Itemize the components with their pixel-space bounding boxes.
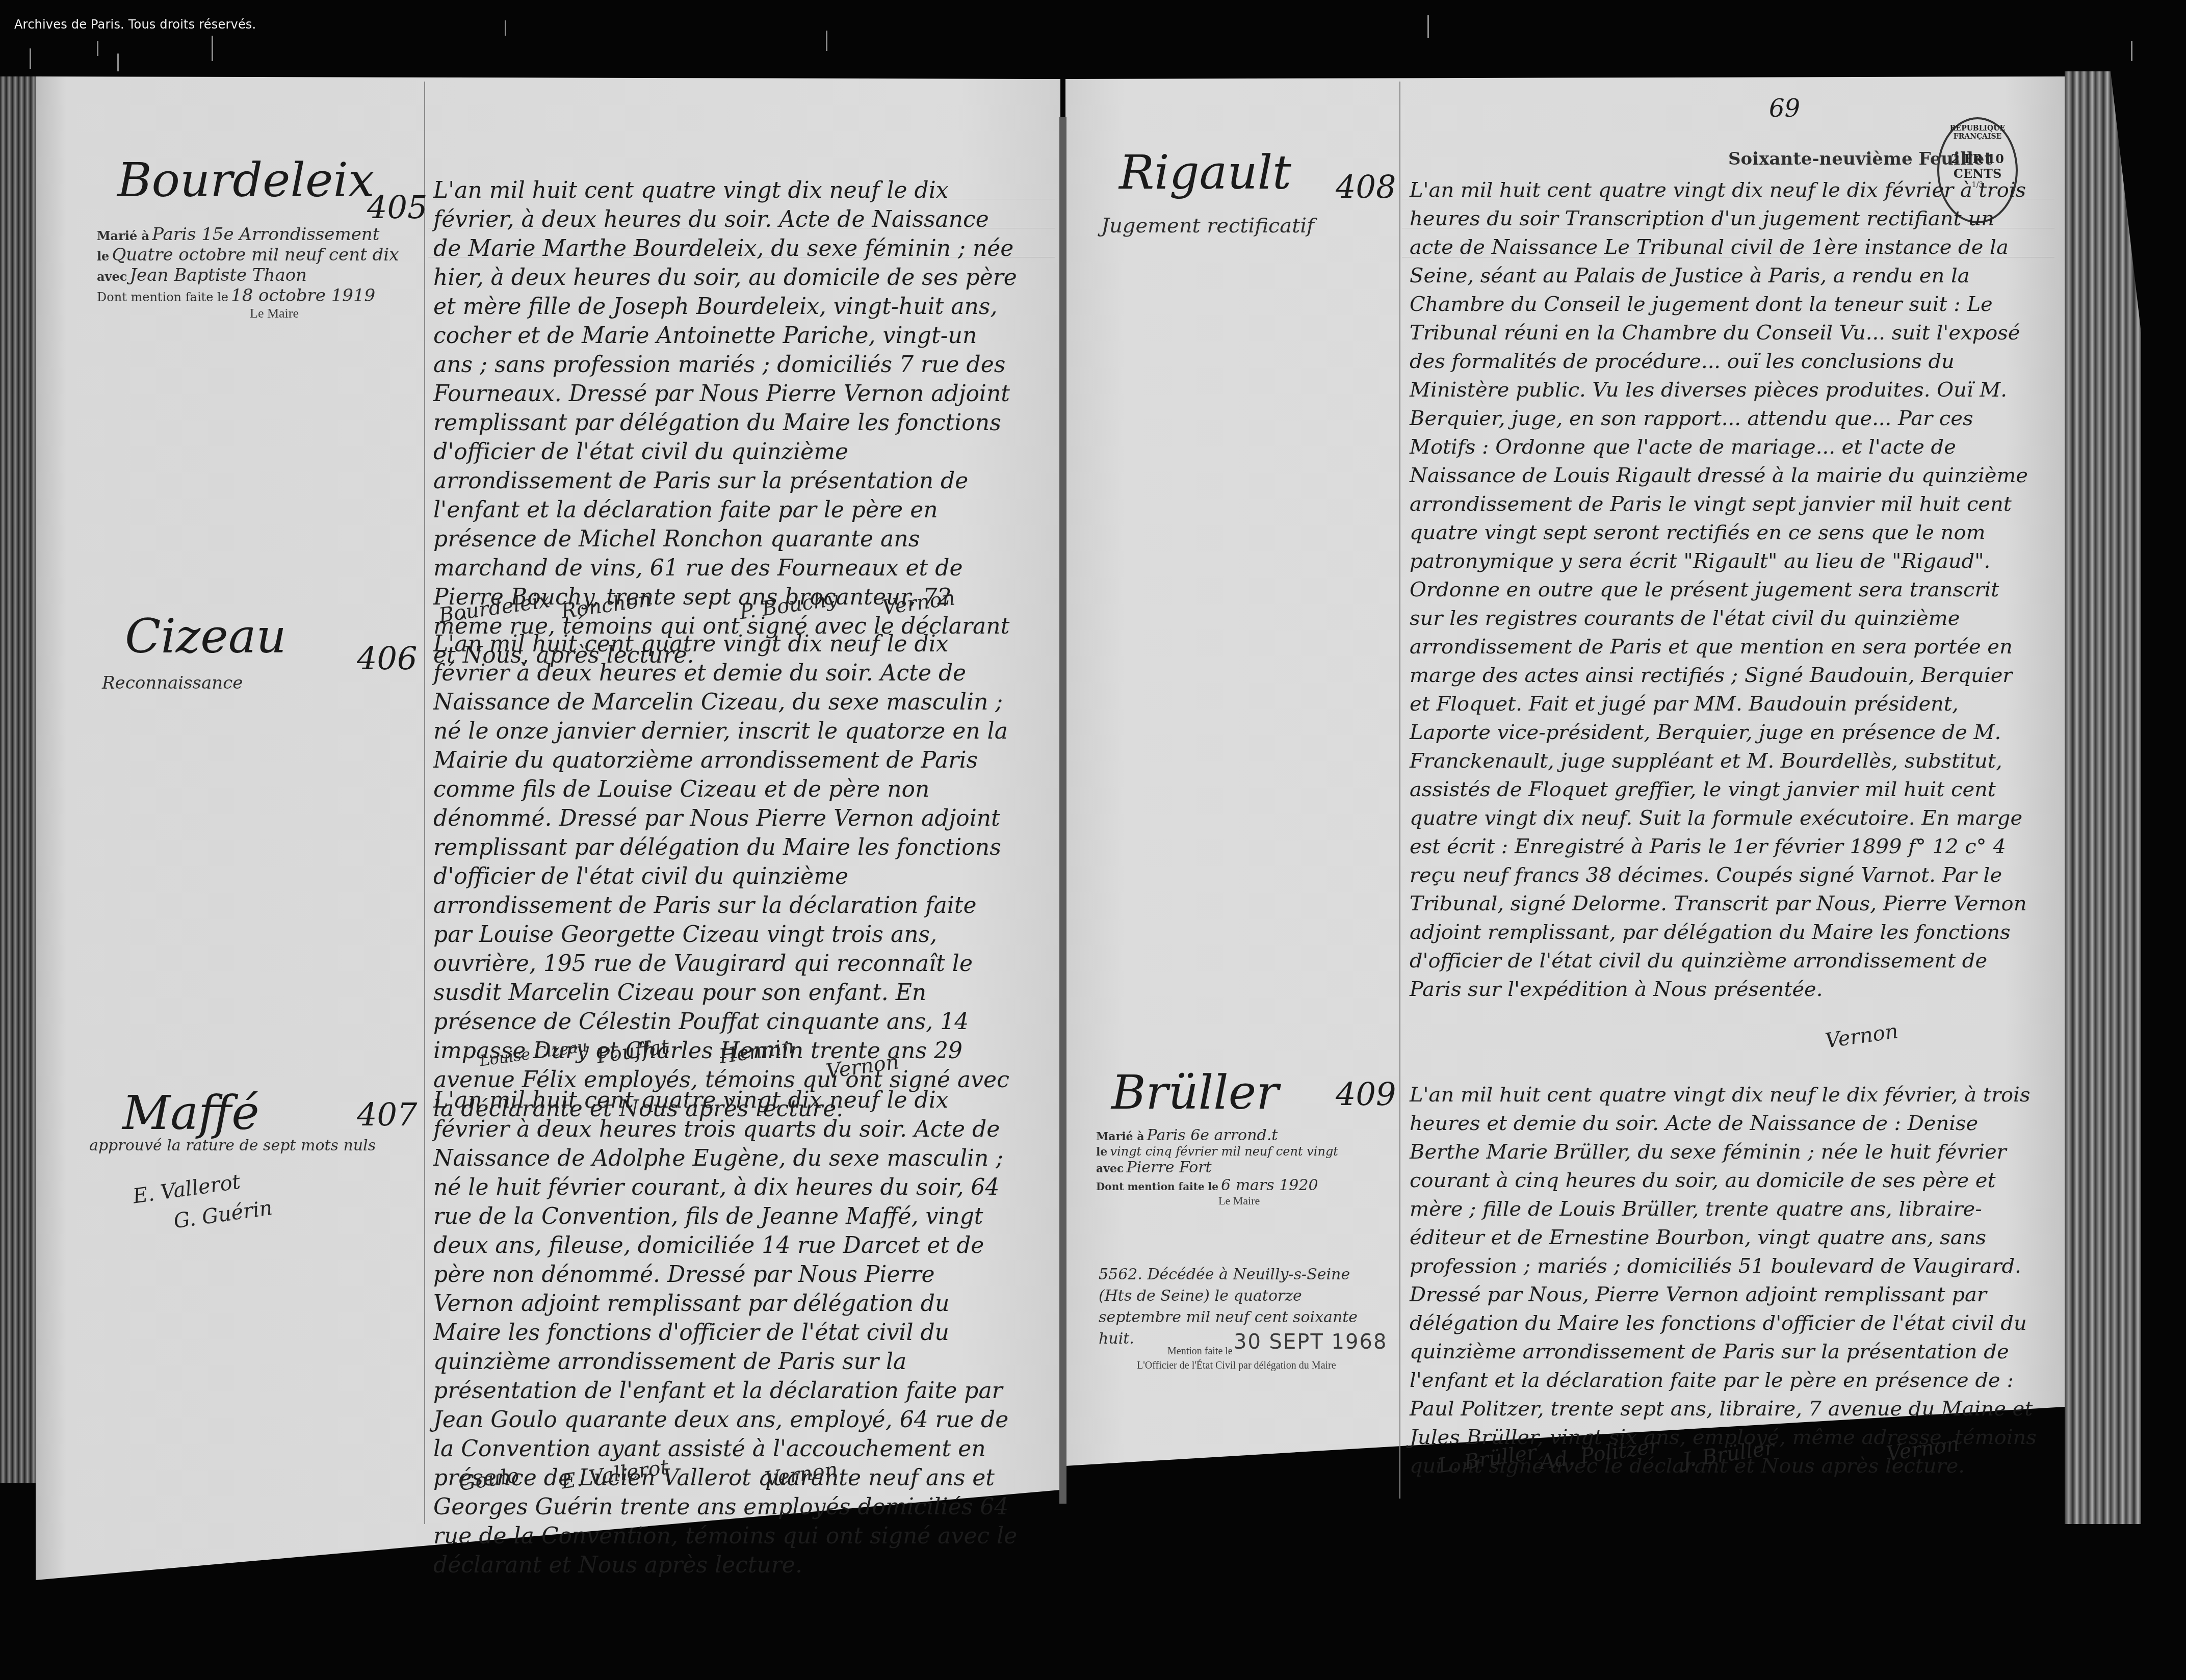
married-place: Paris 15e Arrondissement bbox=[152, 224, 379, 245]
married-place: Paris 6e arrond.t bbox=[1147, 1126, 1278, 1144]
mention-made-label: Mention faite le bbox=[1167, 1346, 1233, 1357]
mention-date: 18 octobre 1919 bbox=[231, 285, 375, 306]
mayor-label: Le Maire bbox=[1218, 1194, 1260, 1207]
entry-409-text: L'an mil huit cent quatre vingt dix neuf… bbox=[1410, 1081, 2037, 1480]
entry-409-marriage-mention: Marié à Paris 6e arrond.t le vingt cinq … bbox=[1096, 1126, 1382, 1207]
entry-405-marriage-mention: Marié à Paris 15e Arrondissement le Quat… bbox=[97, 224, 413, 321]
film-scratch bbox=[826, 31, 827, 51]
entry-408-surname: Rigault bbox=[1119, 145, 1291, 200]
with-label: avec bbox=[1096, 1162, 1124, 1175]
scanned-register-spread: Archives de Paris. Tous droits réservés.… bbox=[0, 0, 2186, 1680]
entry-409-surname: Brüller bbox=[1111, 1065, 1279, 1120]
spouse-name: Jean Baptiste Thaon bbox=[129, 265, 307, 285]
film-scratch bbox=[2131, 41, 2132, 61]
book-edge-left bbox=[0, 76, 41, 1483]
margin-rule-right bbox=[1399, 82, 1400, 1499]
officer-label: L'Officier de l'État Civil par délégatio… bbox=[1137, 1360, 1336, 1372]
entry-409-number: 409 bbox=[1336, 1075, 1396, 1113]
entry-407-number: 407 bbox=[357, 1096, 417, 1133]
mayor-label: Le Maire bbox=[250, 306, 299, 321]
film-scratch bbox=[30, 48, 31, 69]
entry-406-surname: Cizeau bbox=[125, 609, 287, 664]
entry-405-surname: Bourdeleix bbox=[117, 153, 375, 207]
film-scratch bbox=[212, 36, 213, 61]
book-gutter bbox=[1059, 117, 1066, 1504]
stamp-ring-text: RÉPUBLIQUE FRANÇAISE bbox=[1939, 124, 2016, 141]
folio-number: 69 bbox=[1769, 94, 1800, 123]
entry-407-annotation: approuvé la rature de sept mots nuls bbox=[89, 1137, 376, 1154]
entry-408-annotation: Jugement rectificatif bbox=[1101, 214, 1314, 238]
mention-label: Dont mention faite le bbox=[1096, 1180, 1218, 1193]
film-scratch bbox=[505, 20, 506, 36]
entry-406-annotation: Reconnaissance bbox=[102, 673, 243, 693]
spouse-name: Pierre Fort bbox=[1127, 1159, 1212, 1176]
mention-label: Dont mention faite le bbox=[97, 290, 228, 304]
entry-407-surname: Maffé bbox=[122, 1086, 259, 1140]
entry-406-number: 406 bbox=[357, 640, 417, 677]
married-label: Marié à bbox=[1096, 1130, 1144, 1143]
married-date: vingt cinq février mil neuf cent vingt bbox=[1110, 1144, 1338, 1159]
film-scratch bbox=[1427, 15, 1429, 38]
entry-407-text: L'an mil huit cent quatre vingt dix neuf… bbox=[433, 1086, 1020, 1580]
married-date: Quatre octobre mil neuf cent dix bbox=[112, 245, 399, 265]
archive-copyright-watermark: Archives de Paris. Tous droits réservés. bbox=[14, 17, 256, 32]
book-edge-right bbox=[2065, 71, 2141, 1524]
film-scratch bbox=[117, 54, 119, 71]
entry-405-number: 405 bbox=[367, 189, 427, 226]
date-label: le bbox=[97, 249, 109, 264]
entry-408-text: L'an mil huit cent quatre vingt dix neuf… bbox=[1410, 176, 2037, 1004]
with-label: avec bbox=[97, 269, 127, 284]
mention-date: 6 mars 1920 bbox=[1221, 1176, 1318, 1194]
married-label: Marié à bbox=[97, 228, 149, 243]
date-label: le bbox=[1096, 1145, 1107, 1159]
margin-rule-left bbox=[424, 82, 425, 1524]
death-mention-datestamp: 30 SEPT 1968 bbox=[1234, 1330, 1387, 1354]
film-scratch bbox=[97, 41, 98, 56]
entry-408-number: 408 bbox=[1336, 168, 1396, 205]
